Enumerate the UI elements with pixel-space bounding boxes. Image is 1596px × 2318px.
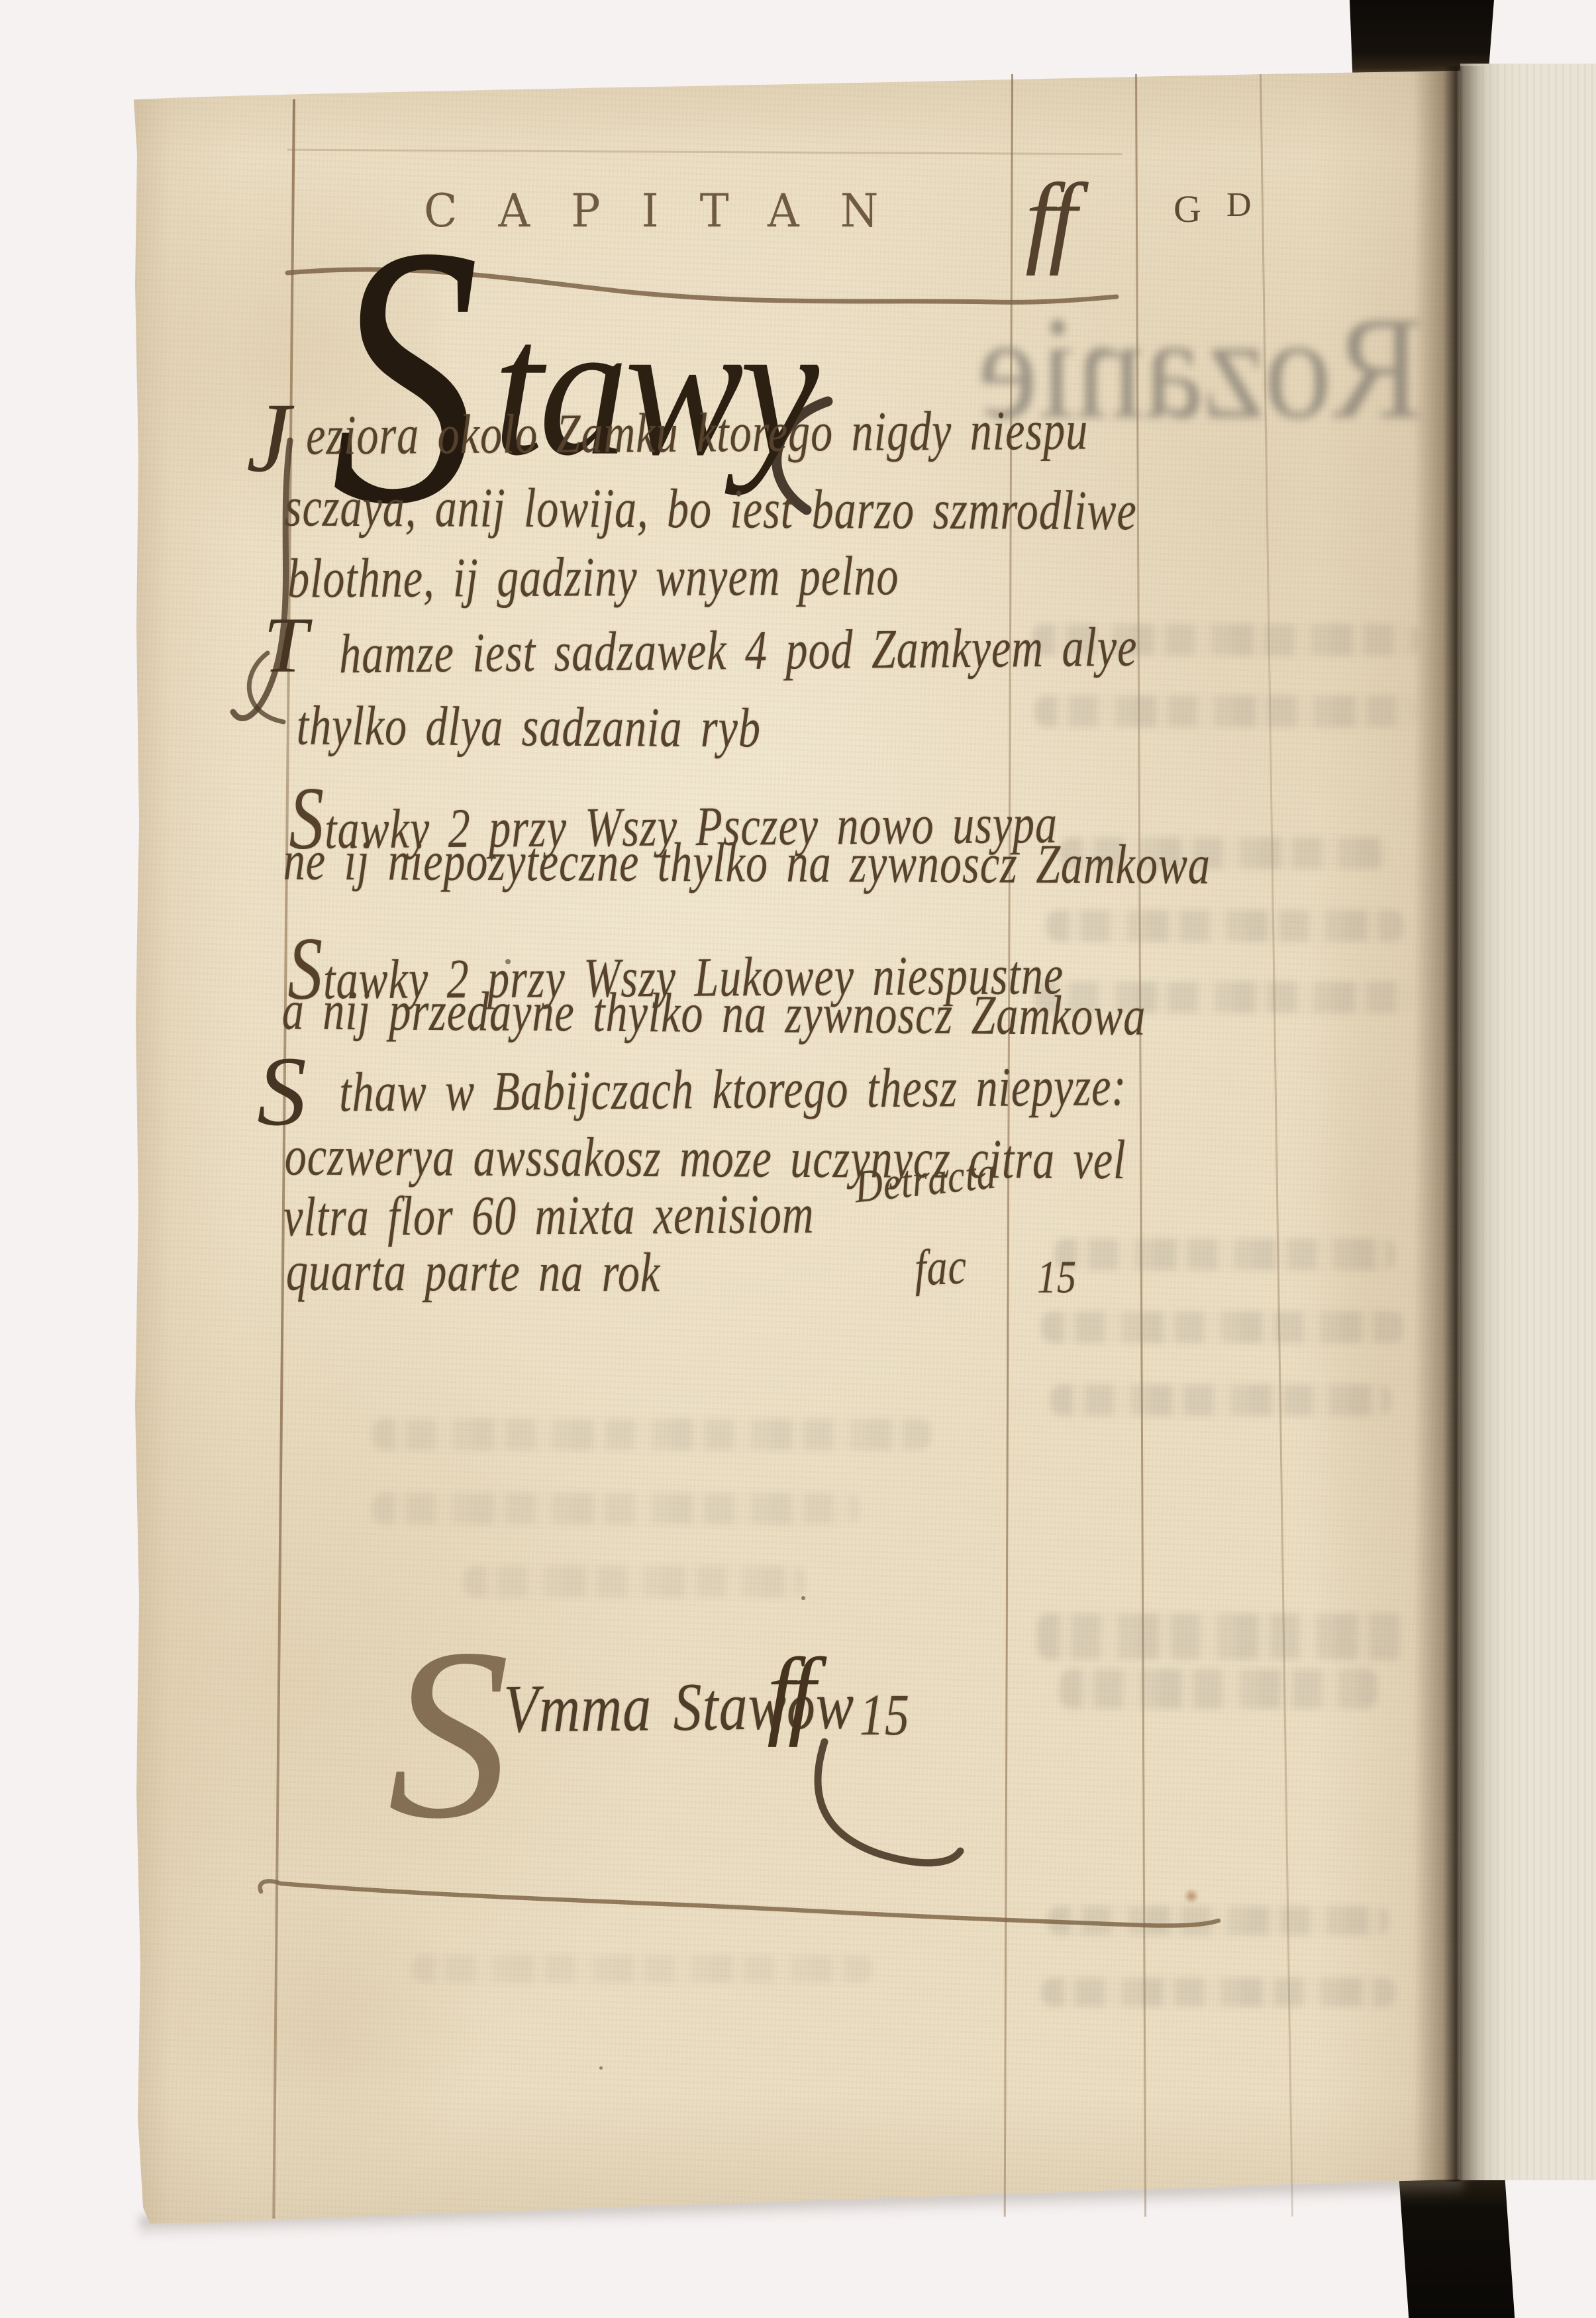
- bleedthrough-band: [1060, 1669, 1377, 1709]
- paragraph-initial: T: [264, 599, 308, 691]
- ink-speck: [801, 1596, 805, 1600]
- paragraph-initial: J: [246, 381, 291, 495]
- manuscript-line: quarta parte na rok: [286, 1240, 661, 1305]
- rust-spot: [1183, 1889, 1200, 1903]
- tally-value: 15: [1037, 1250, 1077, 1303]
- header-letter-g: G: [1173, 187, 1201, 231]
- manuscript-line: ne ij niepozyteczne thylko na zywnoscz Z…: [283, 829, 1211, 898]
- bleedthrough-band: [372, 1493, 859, 1525]
- manuscript-line: hamze iest sadzawek 4 pod Zamkyem alye: [339, 615, 1138, 687]
- summa-florin-sign: ff: [767, 1636, 809, 1750]
- bleedthrough-band: [1041, 1311, 1405, 1343]
- bleedthrough-band: [1041, 1978, 1395, 2007]
- manuscript-line: sczaya, anij lowija, bo iest barzo szmro…: [285, 476, 1137, 544]
- bleedthrough-band: [1054, 1238, 1395, 1270]
- bleedthrough-band: [1037, 1613, 1405, 1660]
- bleedthrough-band: [372, 1419, 932, 1450]
- summa-initial: S: [387, 1593, 510, 1875]
- tally-label: fac: [914, 1238, 968, 1299]
- paper-stain: [159, 1894, 490, 2179]
- ink-speck: [599, 2066, 603, 2070]
- manuscript-line: thylko dlya sadzania ryb: [297, 694, 761, 761]
- bleedthrough-band: [464, 1566, 805, 1597]
- manuscript-line: blothne, ij gadziny wnyem pelno: [287, 544, 899, 611]
- header-rubric: CAPITAN: [424, 184, 919, 238]
- manuscript-scan: Rozanie CAPITAN ff G D S tawy J eziora o…: [0, 0, 1596, 2318]
- bleedthrough-band: [1046, 910, 1404, 942]
- bleedthrough-band: [1050, 1384, 1391, 1416]
- summa-value: 15: [860, 1682, 910, 1750]
- manuscript-line: a nij przedayne thylko na zywnoscz Zamko…: [282, 979, 1146, 1049]
- manuscript-line: thaw w Babijczach ktorego thesz niepyze:: [339, 1055, 1127, 1126]
- header-flourish: ff: [1025, 160, 1072, 279]
- ink-speck: [505, 959, 511, 964]
- bleedthrough-band: [1034, 695, 1415, 727]
- bleedthrough-band: [1048, 1906, 1389, 1935]
- manuscript-line: eziora okolo Zamku ktorego nigdy niespu: [306, 399, 1088, 468]
- bleedthrough-band: [412, 1955, 872, 1983]
- header-letter-d: D: [1226, 185, 1252, 225]
